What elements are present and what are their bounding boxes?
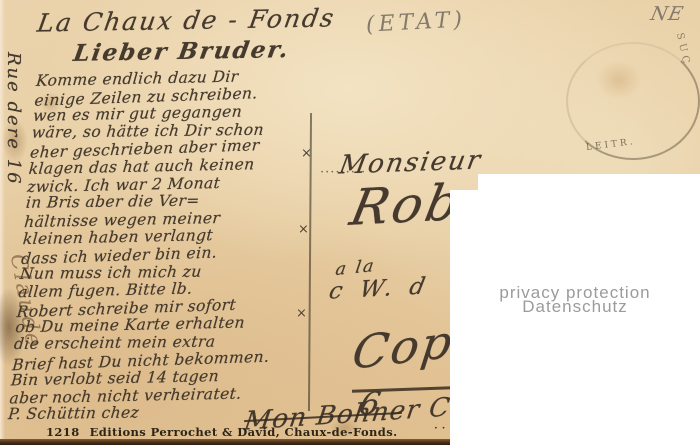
pencil-note-corner: NE	[649, 3, 686, 25]
x-mark: ×	[301, 146, 312, 161]
margin-vertical-text: Rue dere 16	[3, 52, 24, 186]
postmark-stamp: LEITR. SUC	[566, 42, 700, 160]
privacy-overlay	[450, 190, 700, 445]
imprint-publisher: Editions Perrochet & David, Chaux-de-Fon…	[90, 425, 398, 439]
address-line-town: Cop	[349, 314, 456, 380]
privacy-overlay-text: privacy protection Datenschutz	[450, 286, 700, 314]
letter-body: Komme endlich dazu Direinige Zeilen zu s…	[7, 67, 337, 426]
handwritten-place-line: La Chaux de - Fonds	[35, 3, 337, 37]
x-mark: ×	[296, 306, 307, 321]
address-line-street: c W. d	[327, 273, 432, 304]
publisher-imprint: 1218Editions Perrochet & David, Chaux-de…	[46, 425, 398, 439]
imprint-number: 1218	[46, 425, 80, 439]
handwritten-salutation: Lieber Bruder.	[72, 36, 292, 67]
privacy-overlay-line2: Datenschutz	[450, 300, 700, 314]
ink-dots: · ·	[434, 421, 445, 435]
postmark-side-text: SUC	[674, 32, 692, 68]
address-name: Rob	[346, 173, 467, 237]
x-mark: ×	[298, 222, 309, 237]
letter-line: Nun muss ich mich zu	[19, 262, 320, 283]
postcard-scan: La Chaux de - Fonds Lieber Bruder. (ETAT…	[0, 0, 700, 445]
pencil-note-etat: (ETAT)	[365, 7, 466, 37]
postmark-arc-text: LEITR.	[586, 137, 637, 153]
